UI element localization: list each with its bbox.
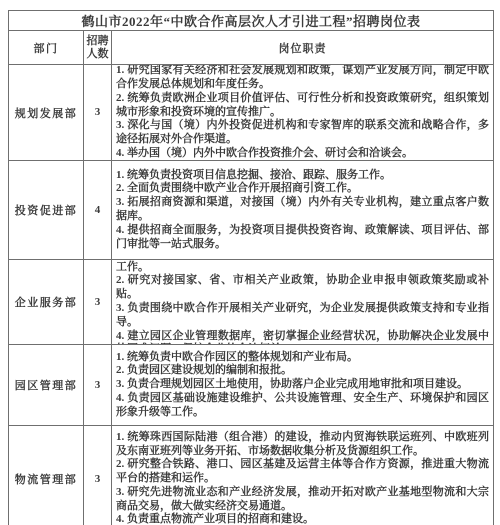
- duties-cell: 1. 研究国家有关经济和社会发展规划和政策，谋划产业发展方向，制定中欧合作发展总…: [112, 65, 493, 160]
- department-name: 企业服务部: [9, 260, 84, 344]
- table-row-investment-promotion: 投资促进部 4 1. 统筹负责投资项目信息挖掘、接洽、跟踪、服务工作。 2. 全…: [9, 161, 493, 260]
- duty-item: 3. 负责围绕中欧合作开展相关产业研究，为企业发展提供政策支持和专业指导。: [116, 302, 489, 330]
- duty-item: 1. 统筹珠西国际陆港（组合港）的建设，推动内贸海铁联运班列、中欧班列及东南亚班…: [116, 431, 489, 459]
- duty-item: 4. 举办国（境）内外中欧合作投资推介会、研讨会和洽谈会。: [116, 147, 489, 160]
- duty-item: 4. 负责重点物流产业项目的招商和建设。: [116, 513, 489, 525]
- header-department: 部门: [9, 31, 84, 64]
- department-name: 园区管理部: [9, 345, 84, 425]
- table-title: 鹤山市2022年“中欧合作高层次人才引进工程”招聘岗位表: [9, 11, 493, 31]
- table-row-park-management: 园区管理部 3 1. 统筹负责中欧合作园区的整体规划和产业布局。 2. 负责园区…: [9, 345, 493, 426]
- duty-item: 1. 统筹负责园区企业的全面服务，配合做好企业落户、跟踪、管理、协办等工作。: [116, 260, 489, 274]
- recruit-count: 3: [84, 260, 112, 344]
- table-row-logistics-management: 物流管理部 3 1. 统筹珠西国际陆港（组合港）的建设，推动内贸海铁联运班列、中…: [9, 426, 493, 525]
- department-name: 物流管理部: [9, 426, 84, 525]
- department-name: 投资促进部: [9, 161, 84, 259]
- recruitment-table-page: 鹤山市2022年“中欧合作高层次人才引进工程”招聘岗位表 部门 招聘人数 岗位职…: [0, 0, 500, 525]
- duties-cell: 1. 统筹负责中欧合作园区的整体规划和产业布局。 2. 负责园区建设规划的编制和…: [112, 345, 493, 425]
- duty-item: 1. 研究国家有关经济和社会发展规划和政策，谋划产业发展方向，制定中欧合作发展总…: [116, 65, 489, 92]
- duties-cell: 1. 统筹负责投资项目信息挖掘、接洽、跟踪、服务工作。 2. 全面负责围绕中欧产…: [112, 161, 493, 259]
- duty-item: 4. 建立园区企业管理数据库，密切掌握企业经营状况，协助解决企业发展中的困难问题…: [116, 330, 489, 344]
- recruitment-table: 鹤山市2022年“中欧合作高层次人才引进工程”招聘岗位表 部门 招聘人数 岗位职…: [8, 10, 494, 525]
- recruit-count: 3: [84, 65, 112, 160]
- table-header-row: 部门 招聘人数 岗位职责: [9, 31, 493, 65]
- header-duties: 岗位职责: [112, 31, 493, 64]
- duty-item: 1. 统筹负责中欧合作园区的整体规划和产业布局。: [116, 351, 489, 365]
- recruit-count: 4: [84, 161, 112, 259]
- header-count: 招聘人数: [84, 31, 112, 64]
- duties-cell: 1. 统筹负责园区企业的全面服务，配合做好企业落户、跟踪、管理、协办等工作。 2…: [112, 260, 493, 344]
- table-row-enterprise-service: 企业服务部 3 1. 统筹负责园区企业的全面服务，配合做好企业落户、跟踪、管理、…: [9, 260, 493, 345]
- duty-item: 3. 研究先进物流业态和产业经济发展，推动开拓对欧产业基地型物流和大宗商品交易，…: [116, 486, 489, 514]
- duty-item: 2. 全面负责围绕中欧产业合作开展招商引资工作。: [116, 182, 489, 196]
- duties-cell: 1. 统筹珠西国际陆港（组合港）的建设，推动内贸海铁联运班列、中欧班列及东南亚班…: [112, 426, 493, 525]
- duty-item: 3. 负责合理规划园区土地使用，协助落户企业完成用地审批和项目建设。: [116, 378, 489, 392]
- duty-item: 2. 负责园区建设规划的编制和报批。: [116, 364, 489, 378]
- department-name: 规划发展部: [9, 65, 84, 160]
- duty-item: 3. 拓展招商资源和渠道，对接国（境）内外有关专业机构，建立重点客户数据库。: [116, 196, 489, 224]
- recruit-count: 3: [84, 345, 112, 425]
- table-row-planning-development: 规划发展部 3 1. 研究国家有关经济和社会发展规划和政策，谋划产业发展方向，制…: [9, 65, 493, 161]
- duty-item: 2. 研究整合铁路、港口、园区基建及运营主体等合作方资源，推进重大物流平台的搭建…: [116, 458, 489, 486]
- duty-item: 2. 统筹负责欧洲企业项目价值评估、可行性分析和投资政策研究，组织策划城市形象和…: [116, 92, 489, 120]
- duty-item: 4. 提供招商全面服务，为投资项目提供投资咨询、政策解读、项目评估、部门审批等一…: [116, 224, 489, 252]
- duty-item: 4. 负责园区基础设施建设维护、公共设施管理、安全生产、环境保护和园区形象升级等…: [116, 392, 489, 420]
- duty-item: 1. 统筹负责投资项目信息挖掘、接洽、跟踪、服务工作。: [116, 169, 489, 183]
- duty-item: 2. 研究对接国家、省、市相关产业政策，协助企业申报申领政策奖励或补贴。: [116, 274, 489, 302]
- duty-item: 3. 深化与国（境）内外投资促进机构和专家智库的联系交流和战略合作，多途径拓展对…: [116, 119, 489, 147]
- recruit-count: 3: [84, 426, 112, 525]
